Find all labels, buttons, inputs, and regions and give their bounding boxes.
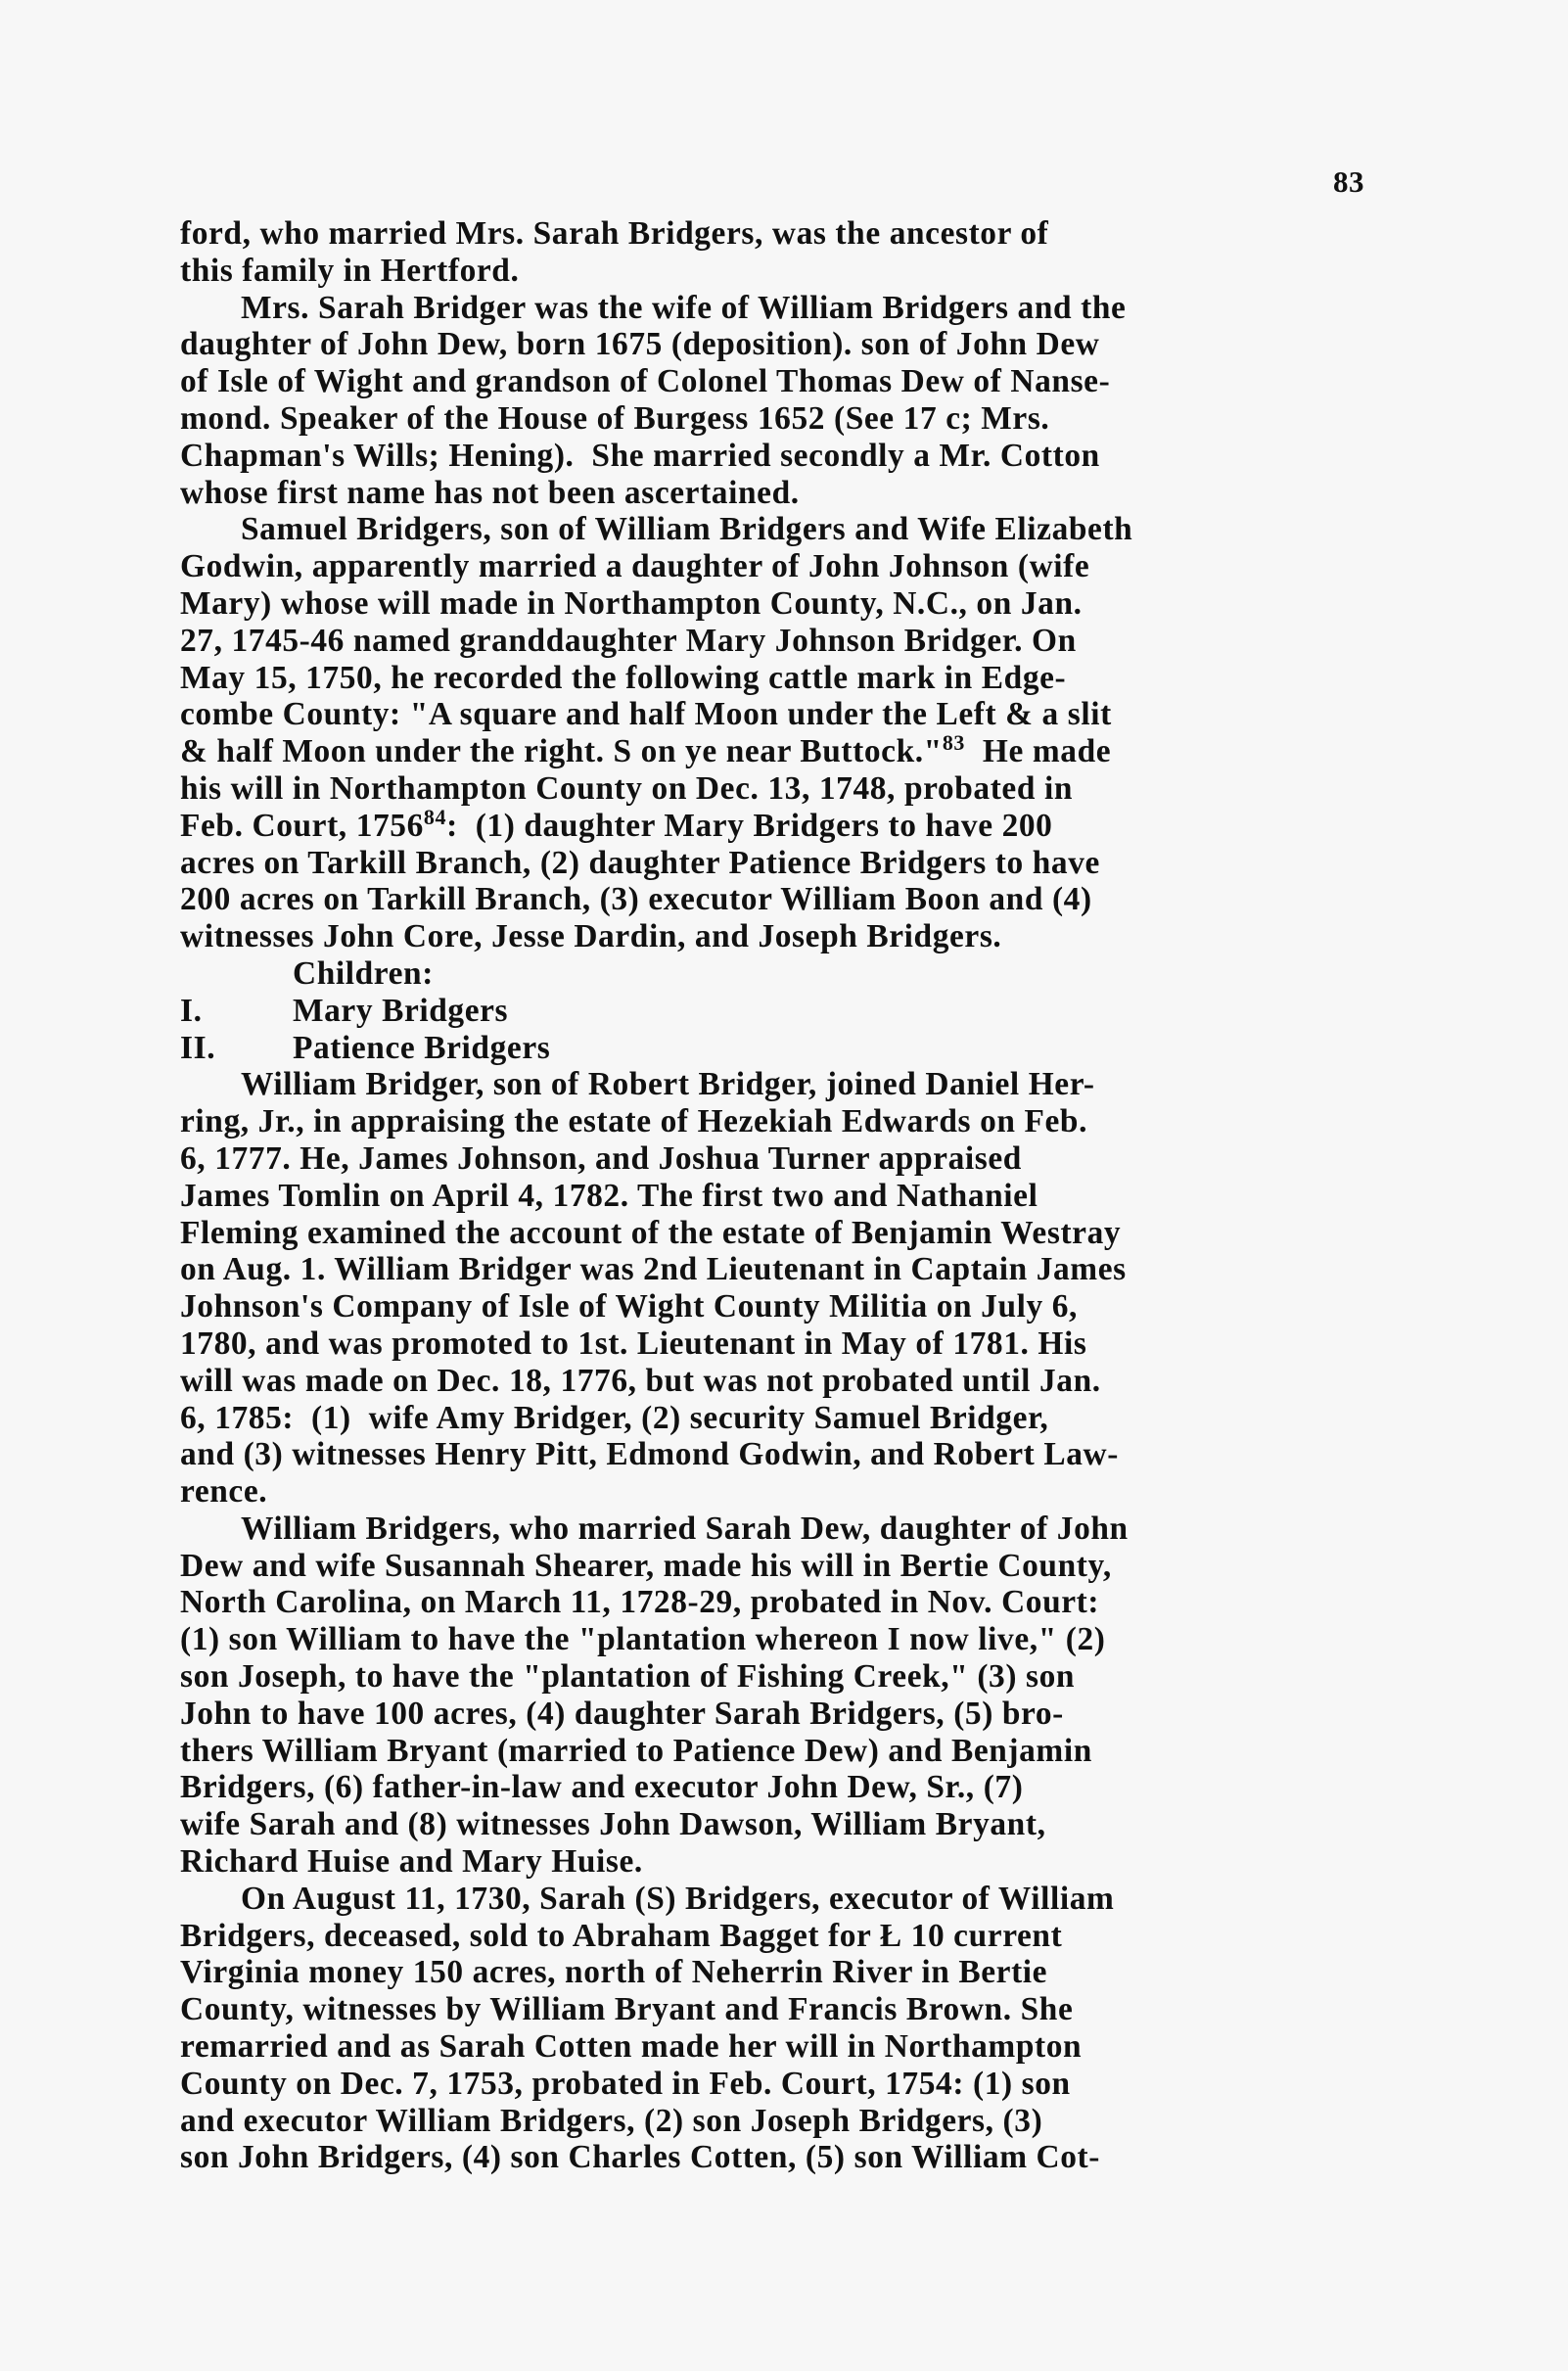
text-line: 6, 1785: (1) wife Amy Bridger, (2) secur…	[180, 1400, 1413, 1437]
text-line: (1) son William to have the "plantation …	[180, 1621, 1413, 1658]
text-line: Virginia money 150 acres, north of Neher…	[180, 1954, 1413, 1991]
paragraph: Samuel Bridgers, son of William Bridgers…	[180, 511, 1413, 955]
child-name: Patience Bridgers	[293, 1030, 550, 1066]
paragraph: ford, who married Mrs. Sarah Bridgers, w…	[180, 215, 1413, 290]
text-line: this family in Hertford.	[180, 253, 1413, 290]
text-line: acres on Tarkill Branch, (2) daughter Pa…	[180, 845, 1413, 882]
text-line: 200 acres on Tarkill Branch, (3) executo…	[180, 881, 1413, 918]
text-line: of Isle of Wight and grandson of Colonel…	[180, 363, 1413, 400]
text-line: and (3) witnesses Henry Pitt, Edmond God…	[180, 1436, 1413, 1473]
text-line: will was made on Dec. 18, 1776, but was …	[180, 1363, 1413, 1400]
text-line: 27, 1745-46 named granddaughter Mary Joh…	[180, 623, 1413, 660]
child-numeral: II.	[180, 1030, 293, 1067]
text-line: on Aug. 1. William Bridger was 2nd Lieut…	[180, 1251, 1413, 1288]
paragraph: On August 11, 1730, Sarah (S) Bridgers, …	[180, 1881, 1413, 2176]
text-line: remarried and as Sarah Cotten made her w…	[180, 2028, 1413, 2066]
text-line: thers William Bryant (married to Patienc…	[180, 1733, 1413, 1770]
child-numeral: I.	[180, 993, 293, 1030]
child-item: I.Mary Bridgers	[180, 993, 1413, 1030]
text-line: Mary) whose will made in Northampton Cou…	[180, 585, 1413, 623]
child-name: Mary Bridgers	[293, 993, 508, 1029]
text-line: County, witnesses by William Bryant and …	[180, 1991, 1413, 2028]
text-line: and executor William Bridgers, (2) son J…	[180, 2103, 1413, 2140]
footnote-ref: 83	[943, 730, 965, 755]
page-number: 83	[1321, 164, 1364, 200]
text-line: Bridgers, (6) father-in-law and executor…	[180, 1769, 1413, 1806]
text-line: son Joseph, to have the "plantation of F…	[180, 1658, 1413, 1696]
text-line: his will in Northampton County on Dec. 1…	[180, 770, 1413, 808]
paragraph: Mrs. Sarah Bridger was the wife of Willi…	[180, 290, 1413, 512]
children-list: Children: I.Mary Bridgers II.Patience Br…	[180, 955, 1413, 1066]
text-line: son John Bridgers, (4) son Charles Cotte…	[180, 2139, 1413, 2176]
text-line: 1780, and was promoted to 1st. Lieutenan…	[180, 1325, 1413, 1363]
text-line: whose first name has not been ascertaine…	[180, 475, 1413, 512]
paragraphs-before-children: ford, who married Mrs. Sarah Bridgers, w…	[180, 215, 1413, 955]
text-line: ford, who married Mrs. Sarah Bridgers, w…	[180, 215, 1413, 253]
text-line: Samuel Bridgers, son of William Bridgers…	[180, 511, 1413, 548]
text-line: Godwin, apparently married a daughter of…	[180, 548, 1413, 585]
text-line: ring, Jr., in appraising the estate of H…	[180, 1103, 1413, 1140]
text-line: wife Sarah and (8) witnesses John Dawson…	[180, 1806, 1413, 1843]
paragraph: William Bridgers, who married Sarah Dew,…	[180, 1511, 1413, 1881]
text-line: combe County: "A square and half Moon un…	[180, 696, 1413, 733]
paragraph: William Bridger, son of Robert Bridger, …	[180, 1066, 1413, 1511]
children-heading: Children:	[180, 955, 1413, 993]
text-line: North Carolina, on March 11, 1728-29, pr…	[180, 1584, 1413, 1621]
text-line: Chapman's Wills; Hening). She married se…	[180, 438, 1413, 475]
text-line: John to have 100 acres, (4) daughter Sar…	[180, 1696, 1413, 1733]
text-line: daughter of John Dew, born 1675 (deposit…	[180, 326, 1413, 363]
text-line: rence.	[180, 1473, 1413, 1511]
paragraphs-after-children: William Bridger, son of Robert Bridger, …	[180, 1066, 1413, 2176]
text-line: On August 11, 1730, Sarah (S) Bridgers, …	[180, 1881, 1413, 1918]
text-line: Johnson's Company of Isle of Wight Count…	[180, 1288, 1413, 1325]
text-line: Richard Huise and Mary Huise.	[180, 1843, 1413, 1881]
text-line: County on Dec. 7, 1753, probated in Feb.…	[180, 2066, 1413, 2103]
text-line: Feb. Court, 175684: (1) daughter Mary Br…	[180, 808, 1413, 845]
text-line: William Bridgers, who married Sarah Dew,…	[180, 1511, 1413, 1548]
document-body: ford, who married Mrs. Sarah Bridgers, w…	[180, 215, 1413, 2176]
text-line: mond. Speaker of the House of Burgess 16…	[180, 400, 1413, 438]
text-line: & half Moon under the right. S on ye nea…	[180, 733, 1413, 770]
text-line: Fleming examined the account of the esta…	[180, 1215, 1413, 1252]
text-line: Mrs. Sarah Bridger was the wife of Willi…	[180, 290, 1413, 327]
child-item: II.Patience Bridgers	[180, 1030, 1413, 1067]
text-line: Dew and wife Susannah Shearer, made his …	[180, 1548, 1413, 1585]
footnote-ref: 84	[424, 805, 446, 829]
text-line: William Bridger, son of Robert Bridger, …	[180, 1066, 1413, 1103]
text-line: May 15, 1750, he recorded the following …	[180, 660, 1413, 697]
text-line: witnesses John Core, Jesse Dardin, and J…	[180, 918, 1413, 955]
text-line: James Tomlin on April 4, 1782. The first…	[180, 1178, 1413, 1215]
text-line: Bridgers, deceased, sold to Abraham Bagg…	[180, 1918, 1413, 1955]
text-line: 6, 1777. He, James Johnson, and Joshua T…	[180, 1140, 1413, 1178]
